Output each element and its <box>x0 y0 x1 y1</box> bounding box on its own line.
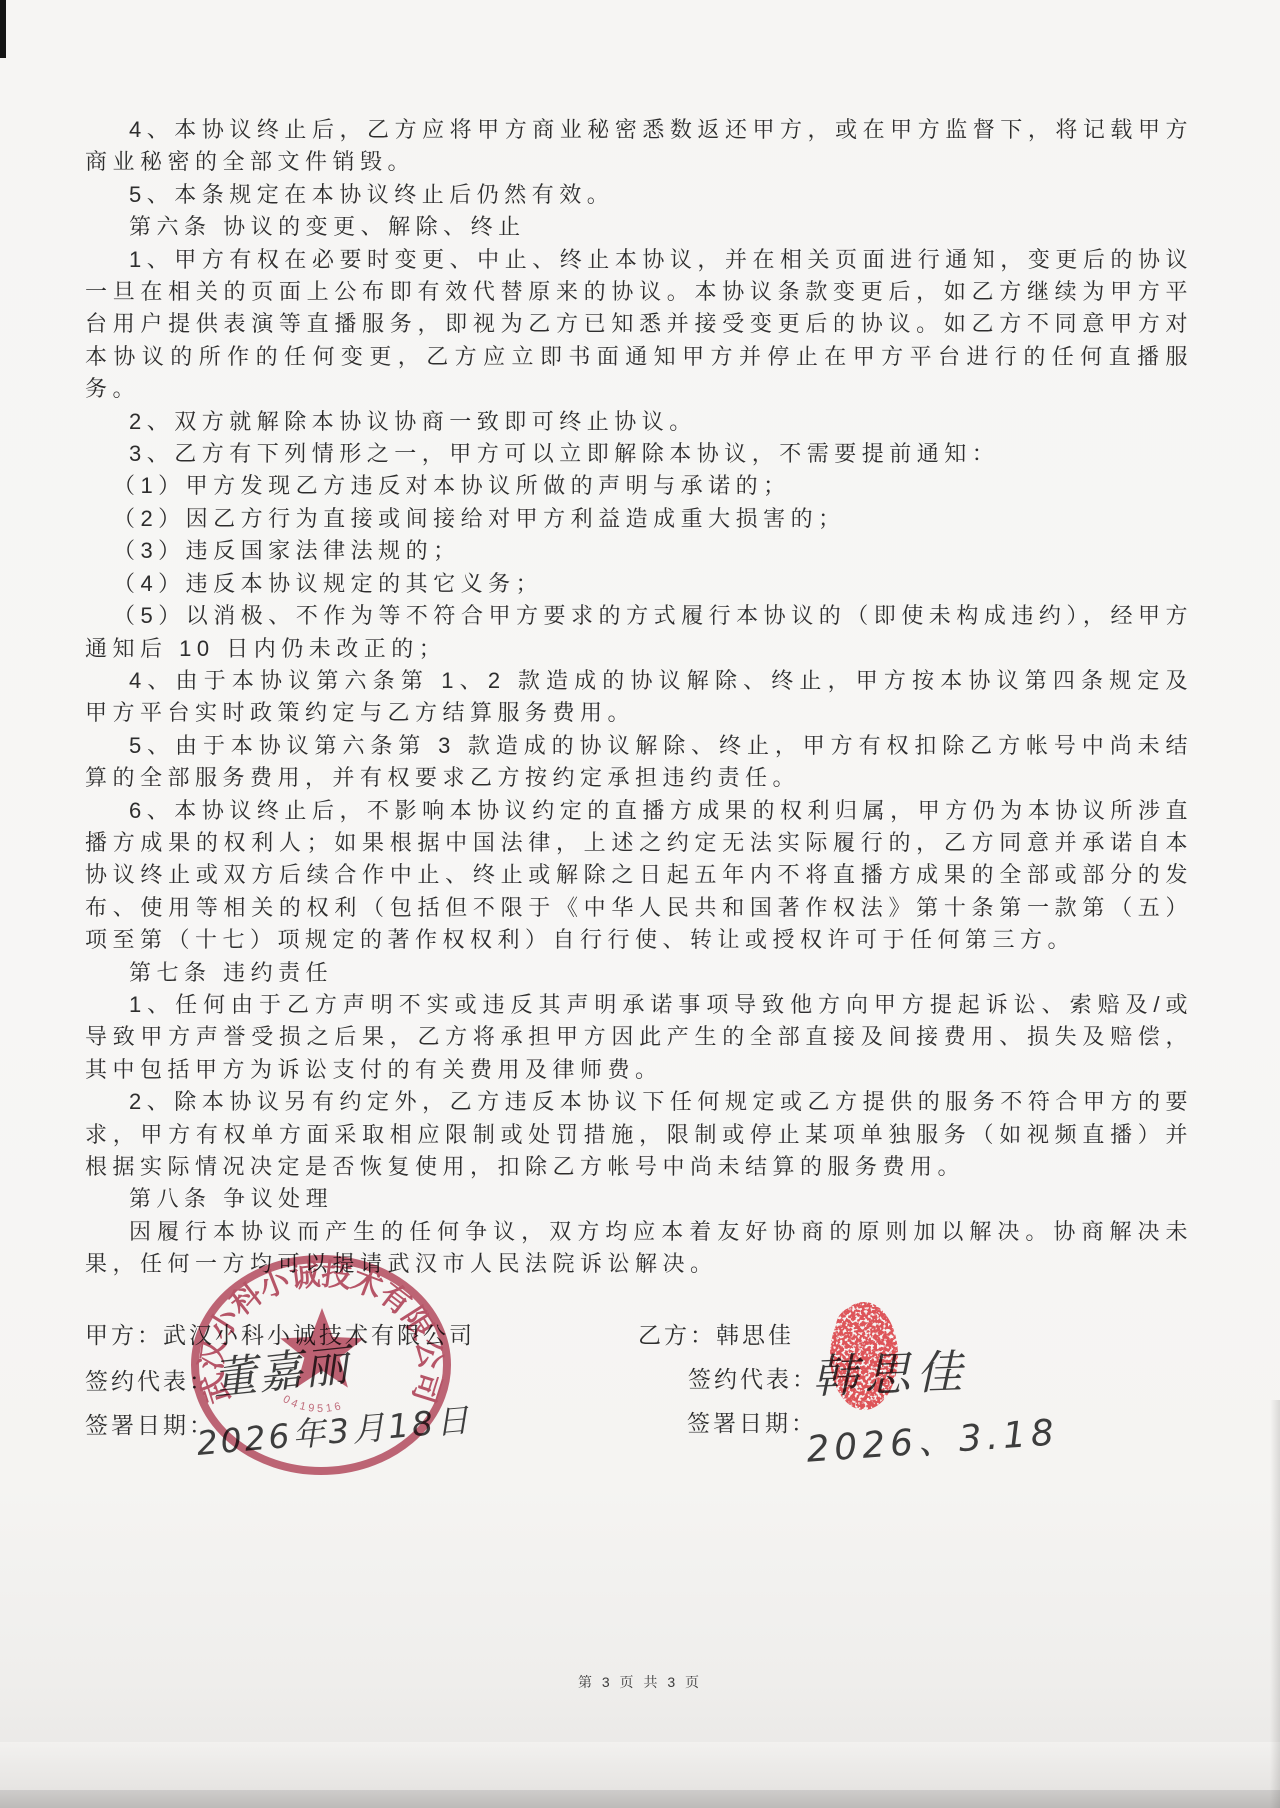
paragraph: （3）违反国家法律法规的； <box>85 535 1193 567</box>
paragraph: 第七条 违约责任 <box>85 957 1193 989</box>
party-b-date-label: 签署日期： <box>687 1405 817 1438</box>
paragraph: 3、乙方有下列情形之一，甲方可以立即解除本协议，不需要提前通知： <box>85 438 1193 470</box>
paragraph: 5、本条规定在本协议终止后仍然有效。 <box>85 179 1193 211</box>
contract-body: 4、本协议终止后，乙方应将甲方商业秘密悉数返还甲方，或在甲方监督下，将记载甲方商… <box>85 114 1193 1281</box>
paragraph: 第八条 争议处理 <box>85 1183 1193 1215</box>
scan-artifact-bottom-dark-band <box>0 1790 1280 1808</box>
paragraph: 4、由于本协议第六条第 1、2 款造成的协议解除、终止，甲方按本协议第四条规定及… <box>85 665 1193 730</box>
fingerprint-stamp <box>818 1292 910 1418</box>
paragraph: 1、任何由于乙方声明不实或违反其声明承诺事项导致他方向甲方提起诉讼、索赔及/或导… <box>85 989 1193 1086</box>
scan-artifact-right-edge <box>1270 1400 1280 1808</box>
page: 4、本协议终止后，乙方应将甲方商业秘密悉数返还甲方，或在甲方监督下，将记载甲方商… <box>0 0 1280 1808</box>
paragraph: （2）因乙方行为直接或间接给对甲方利益造成重大损害的； <box>85 503 1193 535</box>
paragraph: 6、本协议终止后，不影响本协议约定的直播方成果的权利归属，甲方仍为本协议所涉直播… <box>85 795 1193 957</box>
paragraph: 4、本协议终止后，乙方应将甲方商业秘密悉数返还甲方，或在甲方监督下，将记载甲方商… <box>85 114 1193 179</box>
fingerprint-blob-top <box>836 1306 880 1346</box>
scan-artifact-left-strip <box>0 0 6 58</box>
scanned-contract-page: { "page": { "footer": "第 3 页 共 3 页" }, "… <box>0 0 1280 1808</box>
paragraph: 2、双方就解除本协议协商一致即可终止协议。 <box>85 406 1193 438</box>
paragraph: （5）以消极、不作为等不符合甲方要求的方式履行本协议的（即使未构成违约），经甲方… <box>85 600 1193 665</box>
paragraph: （4）违反本协议规定的其它义务； <box>85 568 1193 600</box>
company-seal-stamp: 武汉小科小诚技术有限公司 0419516 <box>186 1252 456 1480</box>
party-b-rep-label: 签约代表： <box>688 1361 818 1394</box>
paragraph: 1、甲方有权在必要时变更、中止、终止本协议，并在相关页面进行通知，变更后的协议一… <box>85 244 1193 406</box>
svg-text:0419516: 0419516 <box>281 1393 345 1415</box>
paragraph: 2、除本协议另有约定外，乙方违反本协议下任何规定或乙方提供的服务不符合甲方的要求… <box>85 1086 1193 1183</box>
seal-serial-number: 0419516 <box>281 1393 345 1415</box>
paragraph: （1）甲方发现乙方违反对本协议所做的声明与承诺的； <box>85 470 1193 502</box>
scan-artifact-bottom-light-band <box>0 1742 1280 1790</box>
party-b-name-line: 乙方：韩思佳 <box>638 1317 794 1350</box>
paragraph: 第六条 协议的变更、解除、终止 <box>85 211 1193 243</box>
page-number-footer: 第 3 页 共 3 页 <box>0 1672 1280 1692</box>
paragraph: 5、由于本协议第六条第 3 款造成的协议解除、终止，甲方有权扣除乙方帐号中尚未结… <box>85 730 1193 795</box>
star-icon <box>280 1308 364 1388</box>
